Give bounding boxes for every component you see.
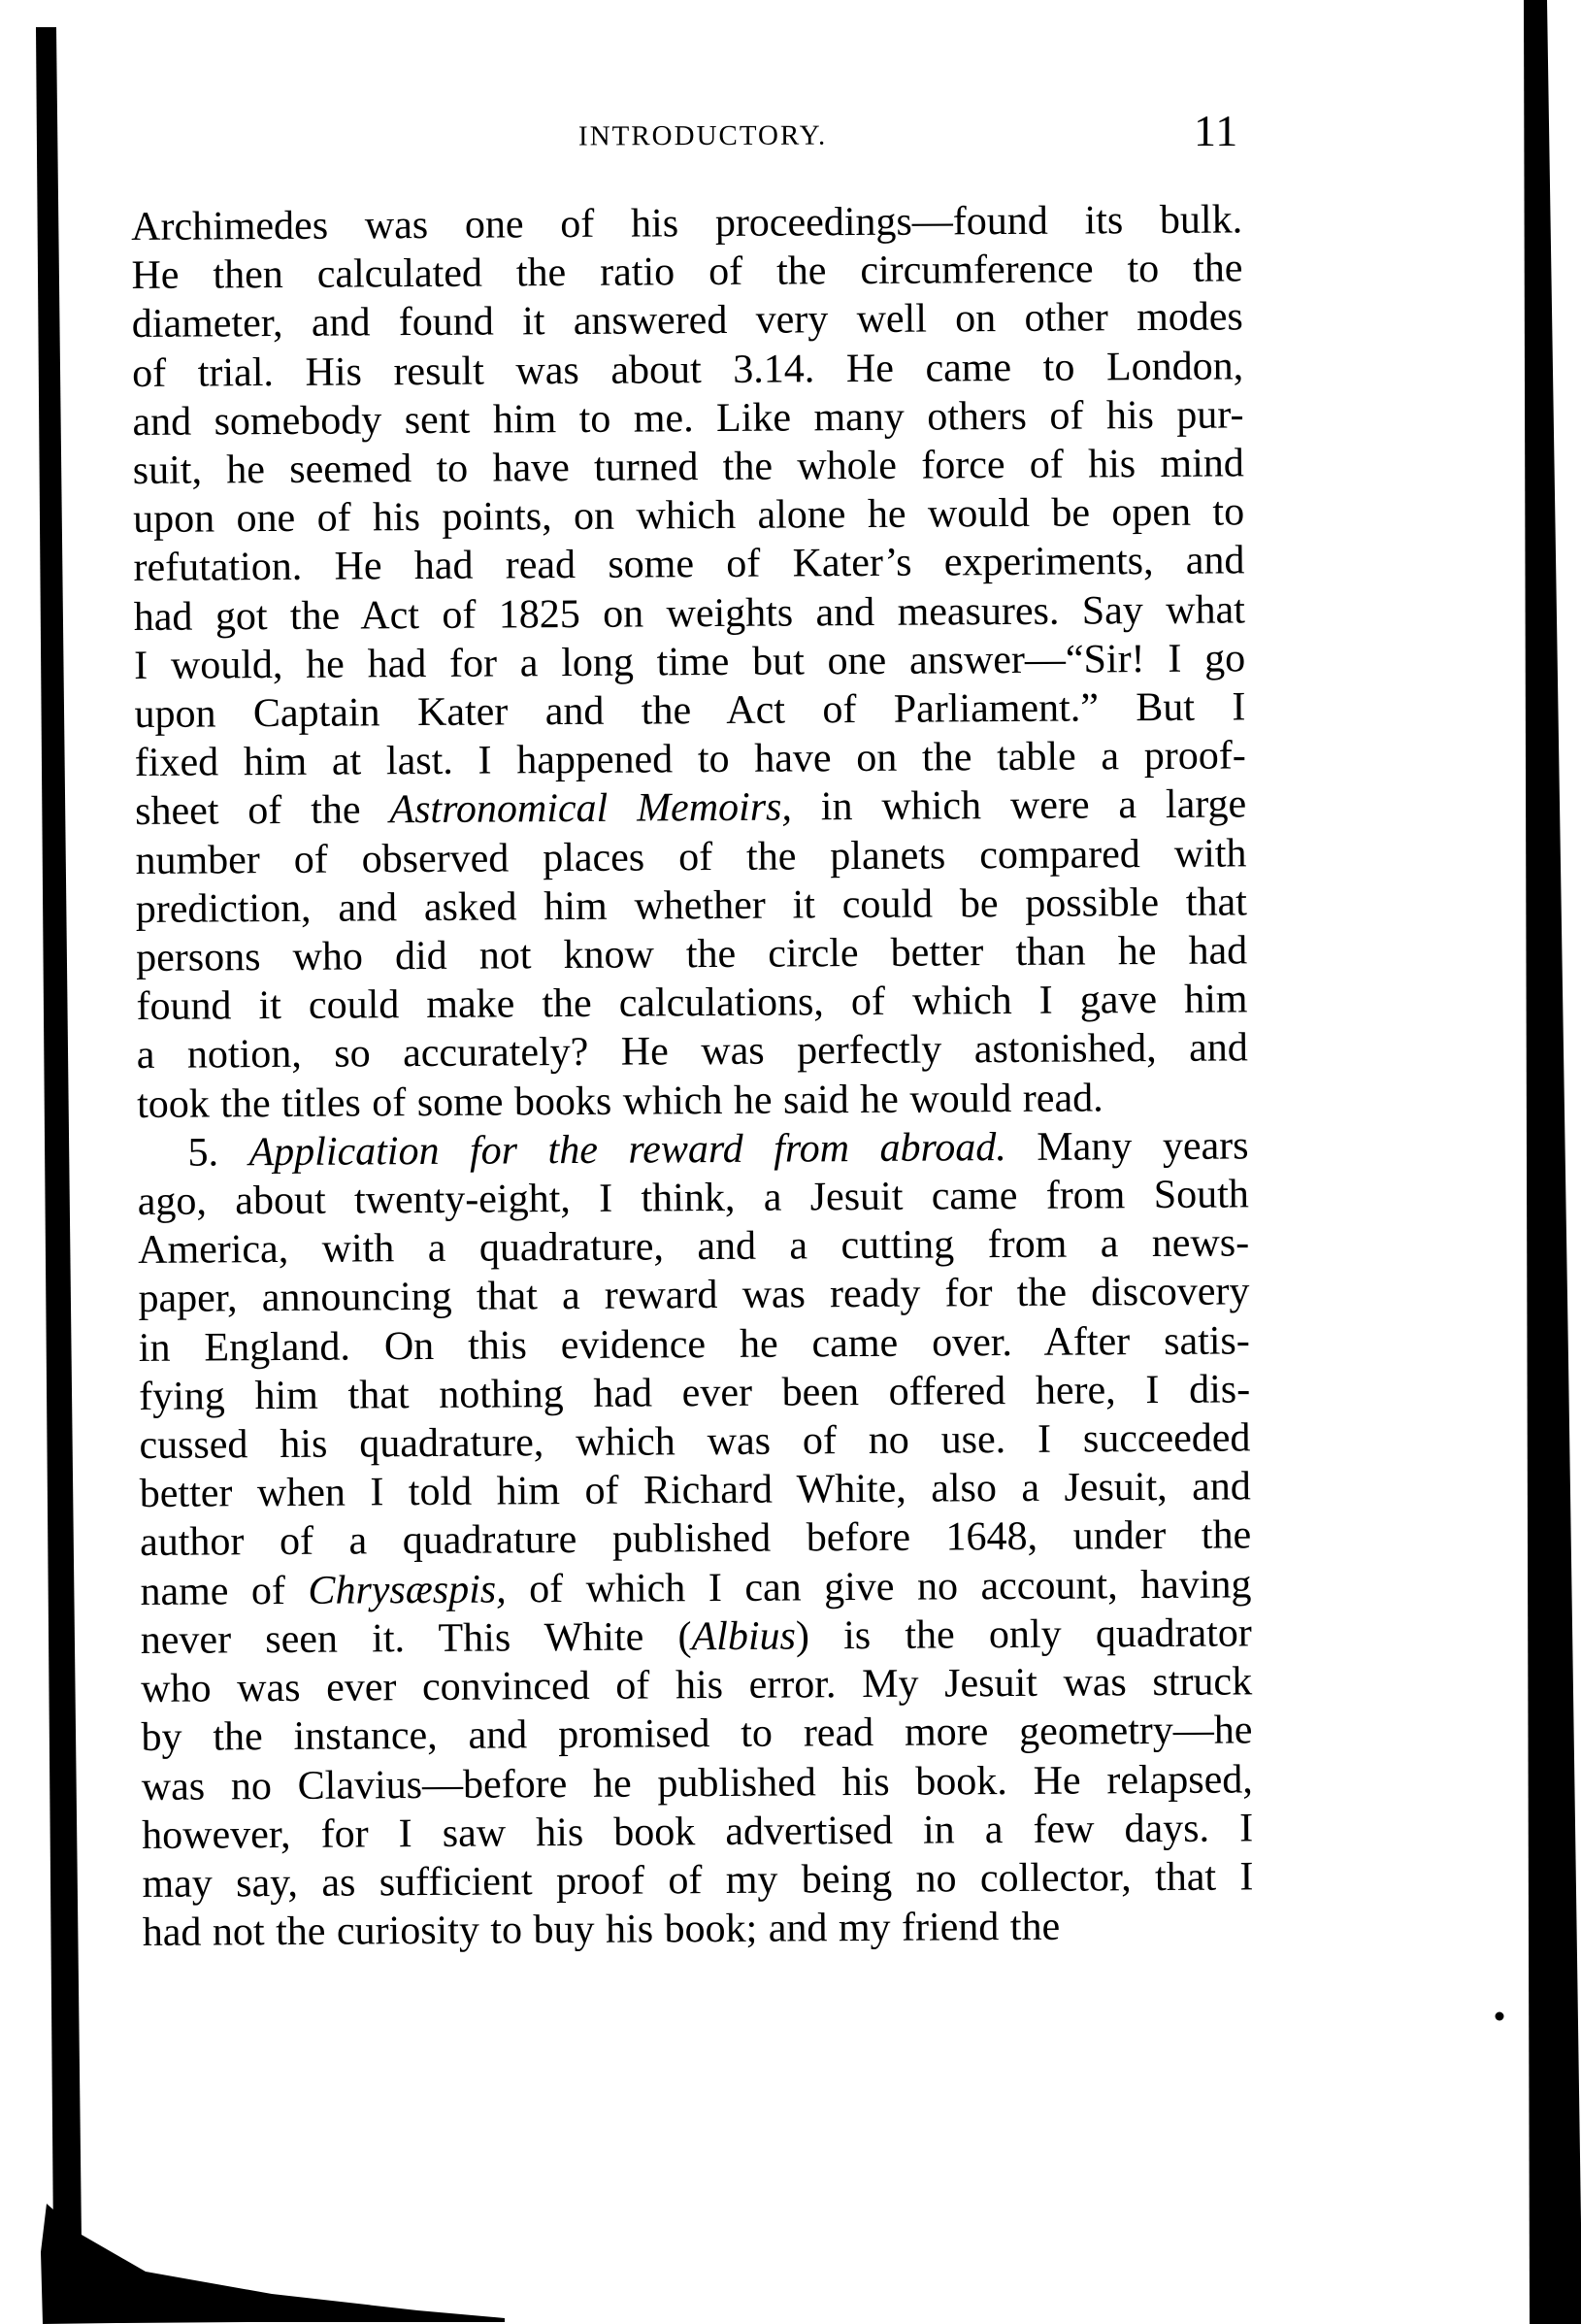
text-line: and somebody sent him to me. Like many o… — [132, 390, 1243, 447]
text-line: upon one of his points, on which alone h… — [133, 488, 1244, 545]
italic-text-run: Astronomical Memoirs, — [389, 785, 792, 833]
running-header: INTRODUCTORY. — [578, 120, 827, 153]
text-line: Archimedes was one of his proceedings—fo… — [131, 195, 1242, 251]
text-run: took the titles of some books which he s… — [137, 1076, 1103, 1127]
text-line: name of Chrysæspis, of which I can give … — [140, 1560, 1251, 1616]
scanned-book-page: INTRODUCTORY. 11 Archimedes was one of h… — [0, 0, 1581, 2324]
text-run: diameter, and found it answered very wel… — [132, 295, 1243, 348]
text-line: may say, as sufficient proof of my being… — [142, 1852, 1253, 1909]
text-run: cussed his quadrature, which was of no u… — [139, 1415, 1250, 1468]
text-run: of which I can give no account, having — [507, 1562, 1252, 1611]
text-run: a notion, so accurately? He was perfectl… — [137, 1026, 1248, 1079]
text-line: paper, announcing that a reward was read… — [138, 1268, 1249, 1324]
text-line: better when I told him of Richard White,… — [140, 1463, 1251, 1519]
text-run: prediction, and asked him whether it cou… — [136, 880, 1247, 932]
text-line: diameter, and found it answered very wel… — [132, 293, 1243, 349]
text-run: never seen it. This White ( — [141, 1614, 692, 1663]
text-line: sheet of the Astronomical Memoirs, in wh… — [135, 780, 1246, 837]
text-run: of trial. His result was about 3.14. He … — [132, 344, 1243, 396]
text-line: had not the curiosity to buy his book; a… — [143, 1901, 1254, 1957]
text-run: sheet of the — [135, 788, 390, 835]
text-line: upon Captain Kater and the Act of Parlia… — [134, 682, 1245, 739]
text-run: refutation. He had read some of Kater’s … — [133, 539, 1244, 591]
text-run: in which were a large — [792, 782, 1247, 830]
text-run: may say, as sufficient proof of my being… — [142, 1854, 1253, 1907]
text-line: persons who did not know the circle bett… — [136, 926, 1247, 982]
text-run: upon Captain Kater and the Act of Parlia… — [134, 684, 1245, 737]
text-line: in England. On this evidence he came ove… — [139, 1316, 1250, 1373]
italic-text-run: Albius — [691, 1613, 796, 1659]
text-line: author of a quadrature published before … — [140, 1511, 1251, 1568]
text-line: America, with a quadrature, and a cuttin… — [138, 1219, 1249, 1276]
text-run: who was ever convinced of his error. My … — [141, 1659, 1252, 1711]
text-line: took the titles of some books which he s… — [137, 1073, 1248, 1129]
text-run: America, with a quadrature, and a cuttin… — [138, 1221, 1249, 1274]
text-line: cussed his quadrature, which was of no u… — [139, 1413, 1250, 1470]
text-run: by the instance, and promised to read mo… — [141, 1709, 1252, 1761]
right-binding-bar — [1524, 0, 1581, 2324]
text-line: ago, about twenty-eight, I think, a Jesu… — [138, 1170, 1249, 1226]
text-run: better when I told him of Richard White,… — [140, 1465, 1251, 1517]
text-run: fixed him at last. I happened to have on… — [135, 734, 1246, 786]
text-run: had got the Act of 1825 on weights and m… — [134, 587, 1245, 640]
text-line: 5. Application for the reward from abroa… — [137, 1121, 1248, 1178]
text-run: number of observed places of the planets… — [135, 831, 1246, 883]
text-run: paper, announcing that a reward was read… — [138, 1270, 1249, 1322]
italic-text-run: Chrysæspis, — [308, 1567, 507, 1612]
text-run: Many years — [1006, 1123, 1249, 1170]
text-run: and somebody sent him to me. Like many o… — [132, 392, 1243, 445]
bottom-left-shadow-wedge — [41, 2204, 505, 2324]
text-line: never seen it. This White (Albius) is th… — [141, 1609, 1252, 1665]
text-run: He then calculated the ratio of the circ… — [131, 247, 1242, 299]
text-run: ago, about twenty-eight, I think, a Jesu… — [138, 1172, 1249, 1224]
text-run: fying him that nothing had ever been off… — [139, 1367, 1250, 1419]
text-line: He then calculated the ratio of the circ… — [131, 245, 1242, 301]
text-run: name of — [140, 1569, 308, 1614]
text-line: had got the Act of 1825 on weights and m… — [134, 585, 1245, 642]
text-line: however, for I saw his book advertised i… — [142, 1804, 1253, 1860]
text-run: found it could make the calculations, of… — [136, 978, 1247, 1030]
italic-text-run: Application for the reward from abroad. — [248, 1125, 1006, 1175]
text-body: Archimedes was one of his proceedings—fo… — [131, 195, 1254, 1957]
text-run: was no Clavius—before he published his b… — [142, 1757, 1253, 1809]
text-run: had not the curiosity to buy his book; a… — [143, 1905, 1061, 1955]
text-line: of trial. His result was about 3.14. He … — [132, 342, 1243, 398]
text-line: was no Clavius—before he published his b… — [142, 1755, 1253, 1811]
text-run: however, for I saw his book advertised i… — [142, 1806, 1253, 1858]
text-line: fying him that nothing had ever been off… — [139, 1365, 1250, 1421]
text-line: suit, he seemed to have turned the whole… — [133, 439, 1244, 495]
ink-speck — [1496, 2012, 1504, 2021]
text-line: number of observed places of the planets… — [135, 829, 1246, 885]
page-number: 11 — [1194, 105, 1238, 156]
text-line: fixed him at last. I happened to have on… — [135, 732, 1246, 788]
text-run: ) is the only quadrator — [796, 1610, 1252, 1658]
text-run: persons who did not know the circle bett… — [136, 928, 1247, 980]
text-run: author of a quadrature published before … — [140, 1513, 1251, 1566]
text-line: refutation. He had read some of Kater’s … — [133, 537, 1244, 593]
text-run: suit, he seemed to have turned the whole… — [133, 441, 1244, 493]
text-line: a notion, so accurately? He was perfectl… — [137, 1024, 1248, 1080]
text-run: Archimedes was one of his proceedings—fo… — [131, 197, 1242, 249]
text-line: I would, he had for a long time but one … — [134, 634, 1245, 690]
text-line: prediction, and asked him whether it cou… — [136, 878, 1247, 934]
text-run: in England. On this evidence he came ove… — [139, 1318, 1250, 1371]
text-run: upon one of his points, on which alone h… — [133, 490, 1244, 543]
text-line: by the instance, and promised to read mo… — [141, 1707, 1252, 1763]
text-line: who was ever convinced of his error. My … — [141, 1657, 1252, 1713]
left-binding-bar — [36, 27, 82, 2248]
text-line: found it could make the calculations, of… — [136, 976, 1247, 1032]
text-run: 5. — [187, 1130, 248, 1175]
text-run: I would, he had for a long time but one … — [134, 636, 1245, 688]
